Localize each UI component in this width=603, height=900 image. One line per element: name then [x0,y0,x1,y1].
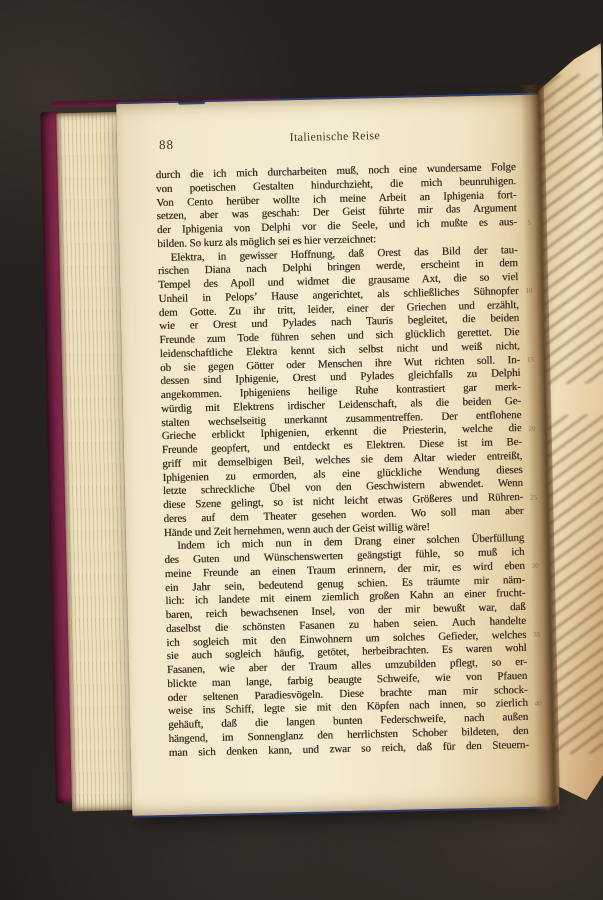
edge-stain-mark [178,100,205,105]
photo-background: 88 Italienische Reise durch die ich mich… [0,0,603,900]
book: 88 Italienische Reise durch die ich mich… [0,0,603,900]
running-header: 88 Italienische Reise [155,125,515,149]
text-block: durch die ich mich durcharbeiten muß, no… [156,161,529,760]
page-number: 88 [159,137,174,153]
running-title: Italienische Reise [290,128,381,144]
book-page: 88 Italienische Reise durch die ich mich… [116,92,559,818]
